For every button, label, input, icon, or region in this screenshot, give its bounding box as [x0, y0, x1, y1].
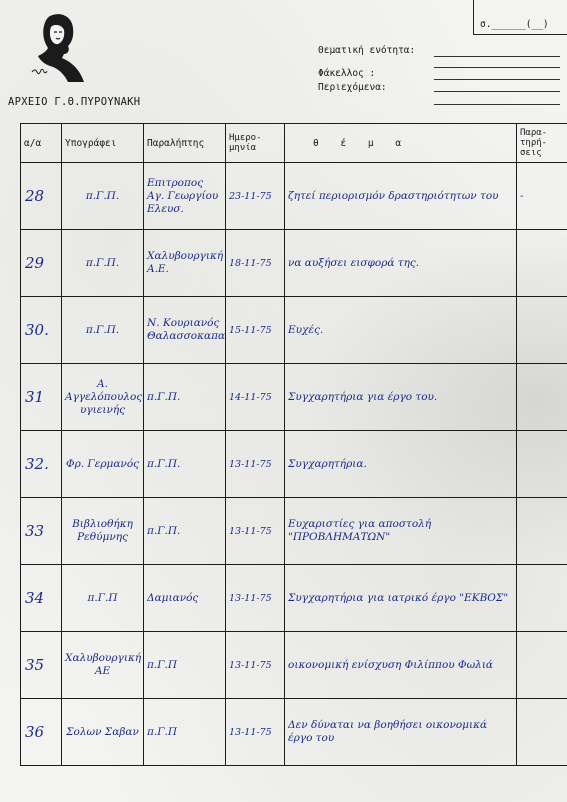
signer-cell: Βιβλιοθήκη Ρεθύμνης	[62, 498, 144, 565]
recipient-cell: π.Γ.Π.	[144, 431, 226, 498]
recipient-cell: π.Γ.Π	[144, 632, 226, 699]
column-header-signer: Υπογράφει	[62, 124, 144, 163]
recipient-cell: π.Γ.Π	[144, 699, 226, 766]
column-header-recipient: Παραλήπτης	[144, 124, 226, 163]
date-cell: 15-11-75	[226, 297, 285, 364]
table-row: 34π.Γ.ΠΔαμιανός13-11-75Συγχαρητήρια για …	[21, 565, 567, 632]
signer-cell: Φρ. Γερμανός	[62, 431, 144, 498]
subject-cell: Συγχαρητήρια για έργο του.	[285, 364, 517, 431]
subject-cell: οικονομική ενίσχυση Φιλίππου Φωλιά	[285, 632, 517, 699]
entry-number: 32.	[21, 431, 62, 498]
date-header-line-2: μηνία	[229, 143, 281, 153]
signer-cell: π.Γ.Π.	[62, 230, 144, 297]
date-cell: 23-11-75	[226, 163, 285, 230]
entry-number: 31	[21, 364, 62, 431]
archive-title: ΑΡΧΕΙΟ Γ.Θ.ΠΥΡΟΥΝΑΚΗ	[8, 96, 140, 108]
recipient-cell: Ν. Κουριανός Θαλασσοκαπα	[144, 297, 226, 364]
signer-cell: π.Γ.Π	[62, 565, 144, 632]
date-cell: 13-11-75	[226, 632, 285, 699]
subject-cell: Συγχαρητήρια.	[285, 431, 517, 498]
date-header-line-1: Ημερο-	[229, 133, 281, 143]
entry-number: 36	[21, 699, 62, 766]
portrait-logo-icon	[28, 12, 90, 84]
recipient-cell: π.Γ.Π.	[144, 364, 226, 431]
entry-number: 29	[21, 230, 62, 297]
table-row: 28π.Γ.Π.Επιτροπος Αγ. Γεωργίου Ελευσ.23-…	[21, 163, 567, 230]
recipient-cell: π.Γ.Π.	[144, 498, 226, 565]
column-header-notes: Παρα- τηρή- σεις	[517, 124, 567, 163]
notes-cell: -	[517, 163, 567, 230]
notes-cell	[517, 431, 567, 498]
signer-cell: Χαλυβουργική ΑΕ	[62, 632, 144, 699]
entry-number: 34	[21, 565, 62, 632]
notes-header-line-1: Παρα-	[520, 128, 567, 138]
table-row: 32.Φρ. Γερμανόςπ.Γ.Π.13-11-75Συγχαρητήρι…	[21, 431, 567, 498]
correspondence-register-table: α/α Υπογράφει Παραλήπτης Ημερο- μηνία θ …	[20, 123, 567, 766]
signer-cell: π.Γ.Π.	[62, 163, 144, 230]
notes-cell	[517, 364, 567, 431]
table-row: 29π.Γ.Π.Χαλυβουργική Α.Ε.18-11-75να αυξή…	[21, 230, 567, 297]
contents-label: Περιεχόμενα:	[318, 82, 387, 93]
column-header-date: Ημερο- μηνία	[226, 124, 285, 163]
entry-number: 35	[21, 632, 62, 699]
date-cell: 13-11-75	[226, 498, 285, 565]
table-header-row: α/α Υπογράφει Παραλήπτης Ημερο- μηνία θ …	[21, 124, 567, 163]
table-row: 35Χαλυβουργική ΑΕπ.Γ.Π13-11-75οικονομική…	[21, 632, 567, 699]
folder-line	[434, 79, 560, 80]
date-cell: 13-11-75	[226, 565, 285, 632]
page-reference-box: σ.______(__)	[473, 0, 567, 35]
notes-cell	[517, 230, 567, 297]
notes-cell	[517, 297, 567, 364]
date-cell: 13-11-75	[226, 699, 285, 766]
recipient-cell: Χαλυβουργική Α.Ε.	[144, 230, 226, 297]
thematic-unit-label: Θεματική ενότητα:	[318, 45, 415, 56]
entry-number: 33	[21, 498, 62, 565]
folder-label: Φάκελλος :	[318, 68, 375, 79]
subject-cell: Ευχές.	[285, 297, 517, 364]
signer-cell: Α. Αγγελόπουλος υγιεινής	[62, 364, 144, 431]
entry-number: 30.	[21, 297, 62, 364]
recipient-cell: Επιτροπος Αγ. Γεωργίου Ελευσ.	[144, 163, 226, 230]
date-cell: 18-11-75	[226, 230, 285, 297]
signer-cell: π.Γ.Π.	[62, 297, 144, 364]
table-row: 33Βιβλιοθήκη Ρεθύμνηςπ.Γ.Π.13-11-75Ευχαρ…	[21, 498, 567, 565]
thematic-unit-line-2	[434, 67, 560, 68]
column-header-subject: θ έ μ α	[285, 124, 517, 163]
notes-header-line-2: τηρή-	[520, 138, 567, 148]
contents-line-2	[434, 104, 560, 105]
column-header-number: α/α	[21, 124, 62, 163]
table-row: 36Σολων Σαβανπ.Γ.Π13-11-75Δεν δύναται να…	[21, 699, 567, 766]
subject-cell: να αυξήσει εισφορά της.	[285, 230, 517, 297]
date-cell: 14-11-75	[226, 364, 285, 431]
notes-cell	[517, 632, 567, 699]
notes-cell	[517, 565, 567, 632]
contents-line	[434, 91, 560, 92]
entry-number: 28	[21, 163, 62, 230]
thematic-unit-line	[434, 56, 560, 57]
subject-cell: Ευχαριστίες για αποστολή "ΠΡΟΒΛΗΜΑΤΩΝ"	[285, 498, 517, 565]
page-reference: σ.______(__)	[480, 19, 549, 30]
notes-cell	[517, 699, 567, 766]
notes-header-line-3: σεις	[520, 148, 567, 158]
notes-cell	[517, 498, 567, 565]
subject-cell: ζητεί περιορισμόν δραστηριότητων του	[285, 163, 517, 230]
recipient-cell: Δαμιανός	[144, 565, 226, 632]
subject-cell: Συγχαρητήρια για ιατρικό έργο "ΕΚΒΟΣ"	[285, 565, 517, 632]
subject-cell: Δεν δύναται να βοηθήσει οικονομικά έργο …	[285, 699, 517, 766]
date-cell: 13-11-75	[226, 431, 285, 498]
table-row: 31Α. Αγγελόπουλος υγιεινήςπ.Γ.Π.14-11-75…	[21, 364, 567, 431]
table-row: 30.π.Γ.Π.Ν. Κουριανός Θαλασσοκαπα15-11-7…	[21, 297, 567, 364]
signer-cell: Σολων Σαβαν	[62, 699, 144, 766]
